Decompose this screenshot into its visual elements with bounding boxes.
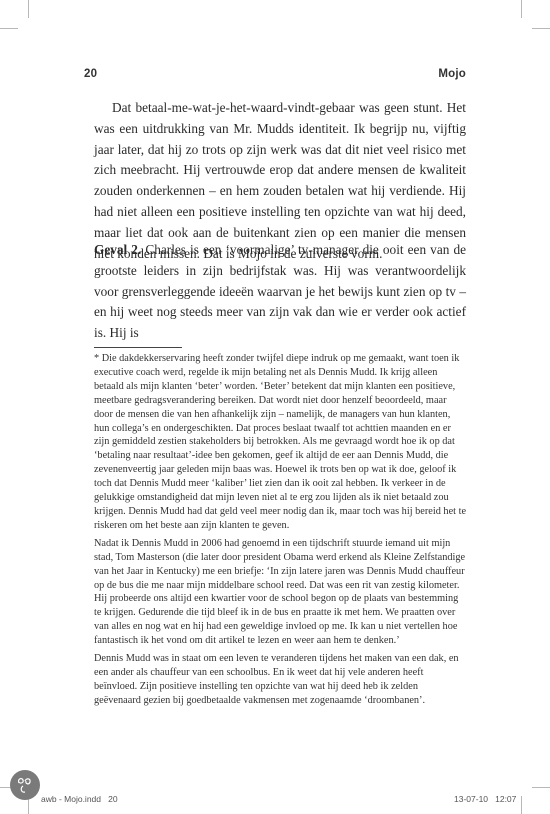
crop-mark-bottom-right-horizontal: [532, 787, 550, 788]
page-number: 20: [84, 68, 97, 80]
crop-mark-top-right-vertical: [521, 0, 522, 18]
footnote-divider: [94, 347, 182, 348]
body-paragraph-2: Geval 2. Charles is een ‘voormalige’ tv-…: [94, 240, 466, 344]
crop-mark-top-left-vertical: [28, 0, 29, 18]
footnote-3: Dennis Mudd was in staat om een leven te…: [94, 652, 466, 708]
crop-mark-top-left-horizontal: [0, 28, 18, 29]
logo-glyph-icon: [14, 774, 36, 796]
footnotes: * Die dakdekkerservaring heeft zonder tw…: [94, 352, 466, 712]
footnote-2: Nadat ik Dennis Mudd in 2006 had genoemd…: [94, 537, 466, 648]
case-heading: Geval 2.: [94, 242, 141, 257]
watermark-logo-icon: [10, 770, 40, 800]
footnote-1: * Die dakdekkerservaring heeft zonder tw…: [94, 352, 466, 533]
crop-mark-bottom-right-vertical: [521, 796, 522, 814]
paragraph-body: Charles is een ‘voormalige’ tv-manager d…: [94, 242, 466, 340]
slug-timestamp: 13-07-10 12:07: [454, 794, 516, 804]
running-title: Mojo: [438, 68, 466, 80]
running-head: 20 Mojo: [84, 68, 466, 80]
slug-file-info: awb - Mojo.indd 20: [41, 794, 118, 804]
paragraph-text: Geval 2. Charles is een ‘voormalige’ tv-…: [94, 240, 466, 344]
crop-mark-top-right-horizontal: [532, 28, 550, 29]
